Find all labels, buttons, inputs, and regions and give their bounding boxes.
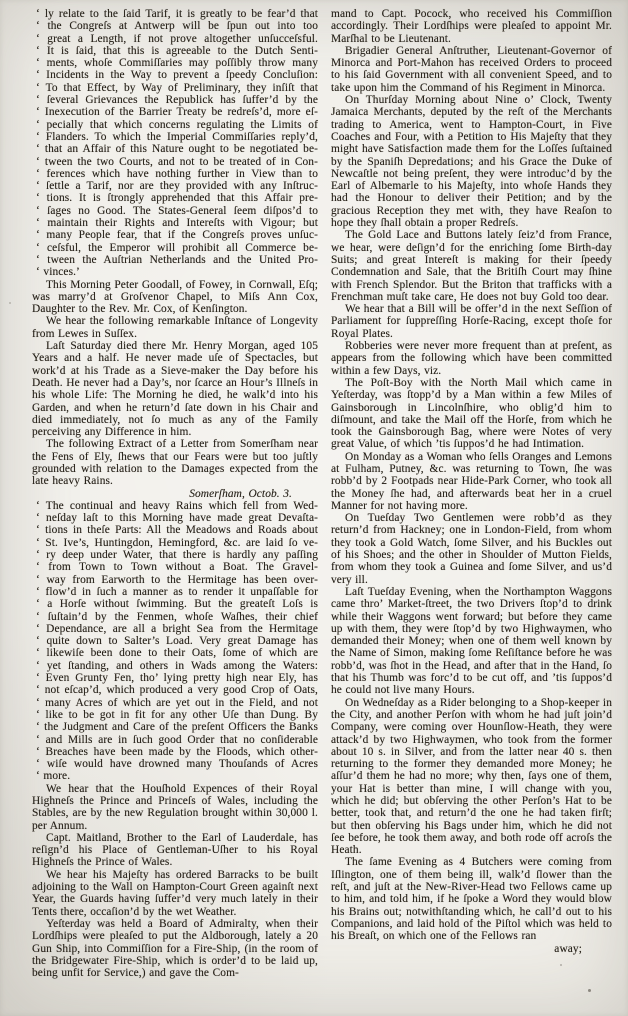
quoted-line: ‘ yet ſtanding, and others in Wads among… bbox=[32, 660, 318, 672]
quoted-line: ‘ and Mills are in ſuch good Order that … bbox=[32, 734, 318, 746]
quoted-line: ‘ tween the two Courts, and not to be tr… bbox=[32, 156, 318, 168]
news-paragraph: Yeſterday was held a Board of Admiralty,… bbox=[32, 918, 318, 979]
quoted-line: ‘ Flanders. To which the Imperial Commiſ… bbox=[32, 131, 318, 143]
quoted-line: ‘ Inexecution of the Barrier Treaty be r… bbox=[32, 106, 318, 118]
quoted-line: ‘ flow’d in ſuch a manner as to render i… bbox=[32, 586, 318, 598]
news-paragraph: The ſame Evening as 4 Butchers were comi… bbox=[331, 856, 612, 942]
quoted-line: ‘ ſages no Good. The States-General ſeem… bbox=[32, 205, 318, 217]
quoted-line: ‘ not eſcap’d, which produced a very goo… bbox=[32, 684, 318, 696]
quoted-line: ‘ ly relate to the ſaid Tarif, it is gre… bbox=[32, 8, 318, 20]
quoted-line: ‘ pecially that which concerns regulatin… bbox=[32, 119, 318, 131]
quoted-line: ‘ way from Earworth to the Hermitage has… bbox=[32, 574, 318, 586]
news-paragraph: On Monday as a Woman who ſells Oranges a… bbox=[331, 451, 612, 512]
ink-speck bbox=[588, 989, 591, 992]
quoted-extract: ‘ ly relate to the ſaid Tarif, it is gre… bbox=[32, 8, 318, 279]
right-column: mand to Capt. Pocock, who received his C… bbox=[331, 8, 612, 955]
quoted-line: ‘ tions in theſe Parts: All the Meadows … bbox=[32, 524, 318, 536]
quoted-line: ‘ The continual and heavy Rains which fe… bbox=[32, 500, 318, 512]
news-paragraph: Capt. Maitland, Brother to the Earl of L… bbox=[32, 832, 318, 869]
catchword: away; bbox=[331, 943, 612, 955]
quoted-line: ‘ Incidents in the Way to prevent a ſpee… bbox=[32, 69, 318, 81]
quoted-line: ‘ ceſsful, the Emperor will prohibit all… bbox=[32, 242, 318, 254]
quoted-line: ‘ ferences which have nothing further in… bbox=[32, 168, 318, 180]
news-paragraph: Laſt Saturday died there Mr. Henry Morga… bbox=[32, 340, 318, 438]
quoted-line: ‘ likewiſe been done to their Oats, ſome… bbox=[32, 647, 318, 659]
quoted-line: ‘ Dependance, are all a bright Sea from … bbox=[32, 623, 318, 635]
quoted-line: ‘ a Horſe without ſwimming. But the grea… bbox=[32, 598, 318, 610]
quoted-line: ‘ neſday laſt to this Morning have made … bbox=[32, 512, 318, 524]
quoted-line: ‘ tions. It is ſtrongly apprehended that… bbox=[32, 192, 318, 204]
news-paragraph: The following Extract of a Letter from S… bbox=[32, 438, 318, 487]
quoted-line: ‘ ments, whoſe Commiſſaries may poſſibly… bbox=[32, 57, 318, 69]
quoted-line: ‘ ry deep under Water, that there is har… bbox=[32, 549, 318, 561]
news-paragraph: We hear that a Bill will be offer’d in t… bbox=[331, 303, 612, 340]
quoted-line: ‘ from Town to Town without a Boat. The … bbox=[32, 561, 318, 573]
news-paragraph: We hear his Majeſty has ordered Barracks… bbox=[32, 869, 318, 918]
quoted-line: ‘ It is ſaid, that this is agreeable to … bbox=[32, 45, 318, 57]
letter-dateline: Somerſham, Octob. 3. bbox=[32, 488, 318, 500]
news-paragraph: Robberies were never more frequent than … bbox=[331, 340, 612, 377]
quoted-line: ‘ To that Effect, by Way of Preliminary,… bbox=[32, 82, 318, 94]
quoted-line: ‘ vinces.’ bbox=[32, 266, 318, 278]
news-paragraph: Brigadier General Anſtruther, Lieutenant… bbox=[331, 45, 612, 94]
news-paragraph: The Gold Lace and Buttons lately ſeiz’d … bbox=[331, 229, 612, 303]
quoted-line: ‘ ſuſtain’d by the Fenmen, whoſe Waſhes,… bbox=[32, 611, 318, 623]
quoted-line: ‘ wiſe would have drowned many Thouſands… bbox=[32, 758, 318, 770]
quoted-line: ‘ the Congreſs at Antwerp will be ſpun o… bbox=[32, 20, 318, 32]
quoted-line: ‘ great a Length, if not prove altogethe… bbox=[32, 33, 318, 45]
left-column: ‘ ly relate to the ſaid Tarif, it is gre… bbox=[32, 8, 318, 979]
quoted-extract: ‘ The continual and heavy Rains which fe… bbox=[32, 500, 318, 783]
news-paragraph: Laſt Tueſday Evening, when the Northampt… bbox=[331, 586, 612, 697]
news-paragraph: The Poſt-Boy with the North Mail which c… bbox=[331, 377, 612, 451]
quoted-line: ‘ many Acres of which are yet out in the… bbox=[32, 697, 318, 709]
quoted-line: ‘ ſeveral Grievances the Republick has ſ… bbox=[32, 94, 318, 106]
quoted-line: ‘ quite down to Salter’s Load. Very grea… bbox=[32, 635, 318, 647]
news-paragraph: On Tueſday Two Gentlemen were robb’d as … bbox=[331, 512, 612, 586]
news-paragraph: This Morning Peter Goodall, of Fowey, in… bbox=[32, 279, 318, 316]
news-paragraph: We hear the following remarkable Inſtanc… bbox=[32, 315, 318, 340]
news-paragraph: We hear that the Houſhold Expences of th… bbox=[32, 783, 318, 832]
news-paragraph: mand to Capt. Pocock, who received his C… bbox=[331, 8, 612, 45]
ink-speck bbox=[560, 964, 562, 966]
news-paragraph: On Thurſday Morning about Nine o’ Clock,… bbox=[331, 94, 612, 229]
quoted-line: ‘ St. Ive’s, Huntingdon, Hemingford, &c.… bbox=[32, 537, 318, 549]
news-paragraph: On Wedneſday as a Rider belonging to a S… bbox=[331, 697, 612, 857]
quoted-line: ‘ more. bbox=[32, 770, 318, 782]
quoted-line: ‘ Even Grunty Fen, tho’ lying pretty hig… bbox=[32, 672, 318, 684]
quoted-line: ‘ ſettle a Tarif, nor are they provided … bbox=[32, 180, 318, 192]
quoted-line: ‘ the Judgment and Care of the preſent O… bbox=[32, 721, 318, 733]
quoted-line: ‘ like to be got in fit for any other Uſ… bbox=[32, 709, 318, 721]
quoted-line: ‘ tween the Auſtrian Netherlands and the… bbox=[32, 254, 318, 266]
newspaper-page: ‘ ly relate to the ſaid Tarif, it is gre… bbox=[0, 0, 628, 1016]
quoted-line: ‘ maintain their Rights and Intereſts wi… bbox=[32, 217, 318, 229]
quoted-line: ‘ that an Affair of this Nature ought to… bbox=[32, 143, 318, 155]
ink-speck bbox=[9, 302, 11, 304]
quoted-line: ‘ many People fear, that if the Congreſs… bbox=[32, 229, 318, 241]
quoted-line: ‘ Breaches have been made by the Floods,… bbox=[32, 746, 318, 758]
